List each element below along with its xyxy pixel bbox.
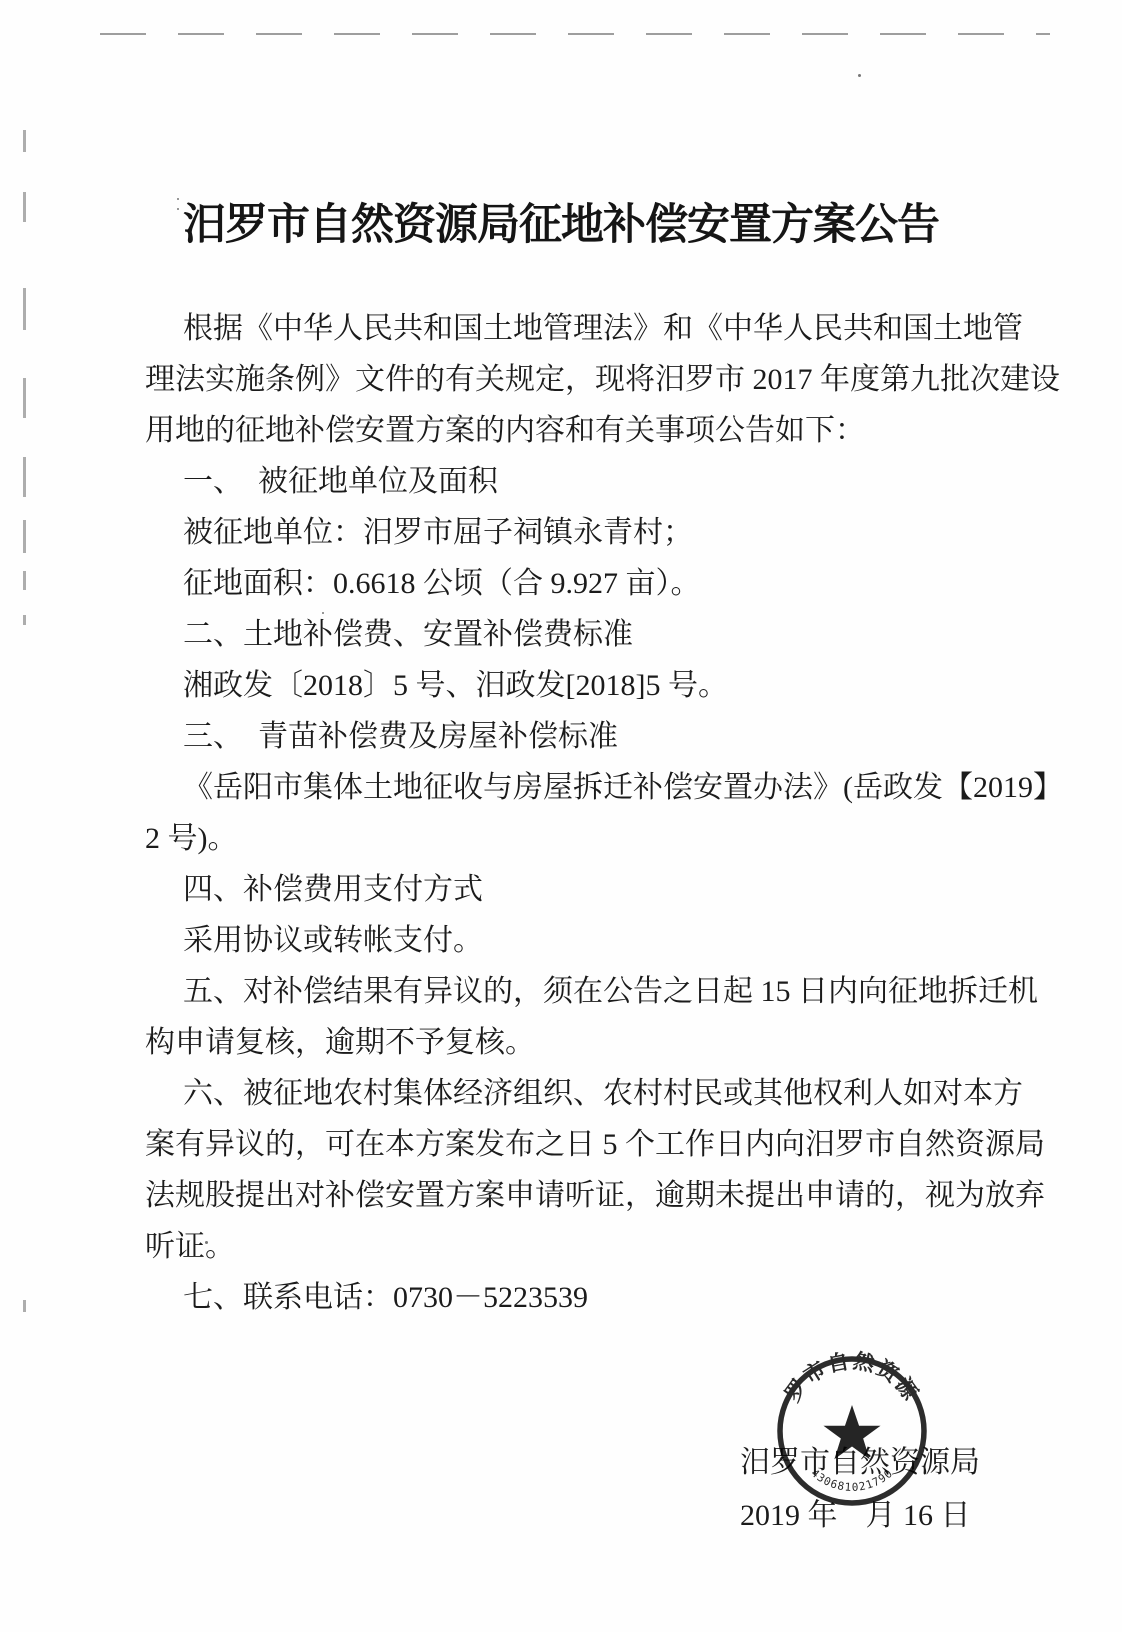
svg-text:430681021790: 430681021790 [808,1467,895,1494]
body-line: 二、土地补偿费、安置补偿费标准 [145,609,1025,660]
body-line: 构申请复核，逾期不予复核。 [145,1017,1025,1068]
body-line: 七、联系电话：0730－5223539 [145,1272,1025,1323]
scan-artifact [23,378,26,418]
body-line: 六、被征地农村集体经济组织、农村村民或其他权利人如对本方 [145,1068,1025,1119]
official-seal-stamp: 汨罗市自然资源局 430681021790 [769,1348,935,1514]
body-line: 被征地单位：汨罗市屈子祠镇永青村； [145,507,1025,558]
body-line: 采用协议或转帐支付。 [145,915,1025,966]
body-line: 2 号)。 [145,813,1025,864]
body-line: 《岳阳市集体土地征收与房屋拆迁补偿安置办法》(岳政发【2019】 [145,762,1025,813]
page-title: 汨罗市自然资源局征地补偿安置方案公告 [0,191,1122,252]
seal-serial-number: 430681021790 [808,1467,895,1494]
body-line: 根据《中华人民共和国土地管理法》和《中华人民共和国土地管 [145,303,1025,354]
body-line: 五、对补偿结果有异议的，须在公告之日起 15 日内向征地拆迁机 [145,966,1025,1017]
scan-artifact [23,615,26,625]
scan-artifact [23,1300,26,1312]
star-icon [823,1405,880,1459]
scan-artifact-top-line [100,33,1050,35]
body-line: 听证。 [145,1221,1025,1272]
body-line: 湘政发〔2018〕5 号、汨政发[2018]5 号。 [145,660,1025,711]
document-page: 汨罗市自然资源局征地补偿安置方案公告 根据《中华人民共和国土地管理法》和《中华人… [0,0,1122,1632]
scan-artifact [23,457,26,497]
scan-artifact [23,520,26,553]
body-line: 案有异议的，可在本方案发布之日 5 个工作日内向汨罗市自然资源局 [145,1119,1025,1170]
body-line: 一、 被征地单位及面积 [145,456,1025,507]
scan-artifact [23,130,26,152]
body-line: 征地面积：0.6618 公顷（合 9.927 亩）。 [145,558,1025,609]
body-line: 三、 青苗补偿费及房屋补偿标准 [145,711,1025,762]
scan-artifact [858,74,861,77]
scan-artifact [23,571,26,590]
body-line: 法规股提出对补偿安置方案申请听证，逾期未提出申请的，视为放弃 [145,1170,1025,1221]
document-body: 根据《中华人民共和国土地管理法》和《中华人民共和国土地管理法实施条例》文件的有关… [145,303,1025,1323]
body-line: 理法实施条例》文件的有关规定，现将汨罗市 2017 年度第九批次建设 [145,354,1025,405]
body-line: 四、补偿费用支付方式 [145,864,1025,915]
body-line: 用地的征地补偿安置方案的内容和有关事项公告如下： [145,405,1025,456]
scan-artifact [23,288,26,330]
